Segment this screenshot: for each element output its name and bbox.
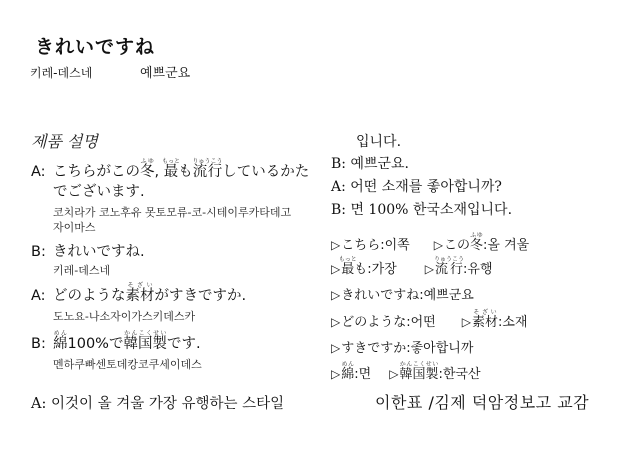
ruby-word: 最もっと bbox=[164, 164, 179, 180]
author-credit: 이한표 /김제 덕암정보고 교감 bbox=[375, 390, 589, 413]
ruby-word: 流行りゅうこう bbox=[193, 164, 223, 180]
vocab-entry: すきですか:좋아합니까 bbox=[341, 341, 473, 356]
vocab-row-2: ▷最もっとも:가장▷流行りゅうこう:유행 bbox=[331, 256, 493, 277]
translation-a1-line1: A: 이것이 올 겨울 가장 유행하는 스타일 bbox=[31, 392, 284, 413]
reading-a1-line1: 코치라가 코노후유 못토모류-코-시테이루카타데고 bbox=[53, 204, 291, 220]
jp-text: こちらがこの bbox=[53, 164, 140, 180]
ruby-word: 素材そざい bbox=[126, 288, 155, 304]
dialogue-line-a1-cont: でございます. bbox=[53, 180, 145, 201]
vocab-row-1: ▷こちら:이쪽▷この冬ふゆ:올 겨울 bbox=[331, 232, 529, 253]
translation-a2: A: 어떤 소재를 좋아합니까? bbox=[331, 176, 502, 196]
dialogue-line-a1: A:こちらがこの冬ふゆ, 最もっとも流行りゅうこうしているかた bbox=[31, 158, 309, 181]
triangle-bullet-icon: ▷ bbox=[331, 315, 340, 329]
vocab-entry: この bbox=[444, 238, 470, 253]
speaker-label: A: bbox=[31, 164, 53, 180]
ruby-word: 韓国製かんこくせい bbox=[399, 367, 438, 382]
translation-b2: B: 면 100% 한국소재입니다. bbox=[331, 199, 512, 219]
vocab-entry: :면 bbox=[354, 367, 371, 382]
triangle-bullet-icon: ▷ bbox=[331, 367, 340, 381]
vocab-entry: :유행 bbox=[463, 262, 493, 277]
triangle-bullet-icon: ▷ bbox=[389, 367, 398, 381]
jp-text: がすきですか. bbox=[155, 288, 247, 304]
jp-text: 100%で bbox=[68, 336, 124, 352]
jp-text: です. bbox=[167, 336, 201, 352]
vocab-entry: :한국산 bbox=[438, 367, 480, 382]
translation-a1-line2: 입니다. bbox=[356, 131, 401, 151]
jp-text: きれいですね. bbox=[53, 244, 145, 260]
page-title: きれいですね bbox=[35, 32, 155, 59]
reading-a2: 도노요-나소자이가스키데스카 bbox=[53, 308, 195, 324]
ruby-word: 韓国製かんこくせい bbox=[123, 336, 167, 352]
vocab-entry: :소재 bbox=[498, 315, 528, 330]
reading-b2: 멘하쿠빠센토데캉코쿠세이데스 bbox=[53, 356, 202, 372]
speaker-label: B: bbox=[31, 336, 53, 352]
ruby-word: 流行りゅうこう bbox=[435, 262, 463, 277]
triangle-bullet-icon: ▷ bbox=[434, 238, 443, 252]
speaker-label: A: bbox=[31, 288, 53, 304]
jp-text: どのような bbox=[53, 288, 126, 304]
speaker-label: B: bbox=[31, 244, 53, 260]
triangle-bullet-icon: ▷ bbox=[331, 288, 340, 302]
title-meaning: 예쁘군요 bbox=[140, 62, 190, 81]
ruby-word: 綿めん bbox=[341, 367, 354, 382]
reading-a1-line2: 자이마스 bbox=[53, 219, 96, 235]
ruby-word: 素材そざい bbox=[472, 315, 498, 330]
vocab-row-6: ▷綿めん:면▷韓国製かんこくせい:한국산 bbox=[331, 361, 481, 382]
triangle-bullet-icon: ▷ bbox=[462, 315, 471, 329]
triangle-bullet-icon: ▷ bbox=[425, 262, 434, 276]
triangle-bullet-icon: ▷ bbox=[331, 238, 340, 252]
ruby-word: 綿めん bbox=[53, 336, 68, 352]
jp-text: しているかた bbox=[222, 164, 309, 180]
vocab-row-5: ▷すきですか:좋아합니까 bbox=[331, 337, 473, 356]
triangle-bullet-icon: ▷ bbox=[331, 341, 340, 355]
dialogue-line-b2: B:綿めん100%で韓国製かんこくせいです. bbox=[31, 330, 201, 353]
jp-text: も bbox=[178, 164, 193, 180]
ruby-word: 冬ふゆ bbox=[470, 238, 483, 253]
reading-b1: 키레-데스네 bbox=[53, 262, 110, 278]
ruby-word: 最もっと bbox=[341, 262, 354, 277]
vocab-row-3: ▷きれいですね:예쁘군요 bbox=[331, 284, 474, 303]
vocab-entry: :올 겨울 bbox=[483, 238, 529, 253]
vocab-row-4: ▷どのような:어떤▷素材そざい:소재 bbox=[331, 309, 527, 330]
title-reading: 키레-데스네 bbox=[30, 64, 92, 81]
vocab-entry: きれいですね:예쁘군요 bbox=[341, 288, 474, 303]
vocab-entry: こちら:이쪽 bbox=[341, 238, 410, 253]
vocab-entry: も:가장 bbox=[354, 262, 397, 277]
ruby-word: 冬ふゆ bbox=[140, 164, 155, 180]
section-title: 제품 설명 bbox=[31, 129, 98, 152]
vocab-entry: どのような:어떤 bbox=[341, 315, 436, 330]
dialogue-line-b1: B:きれいですね. bbox=[31, 240, 145, 261]
translation-b1: B: 예쁘군요. bbox=[331, 153, 409, 173]
dialogue-line-a2: A:どのような素材そざいがすきですか. bbox=[31, 282, 246, 305]
